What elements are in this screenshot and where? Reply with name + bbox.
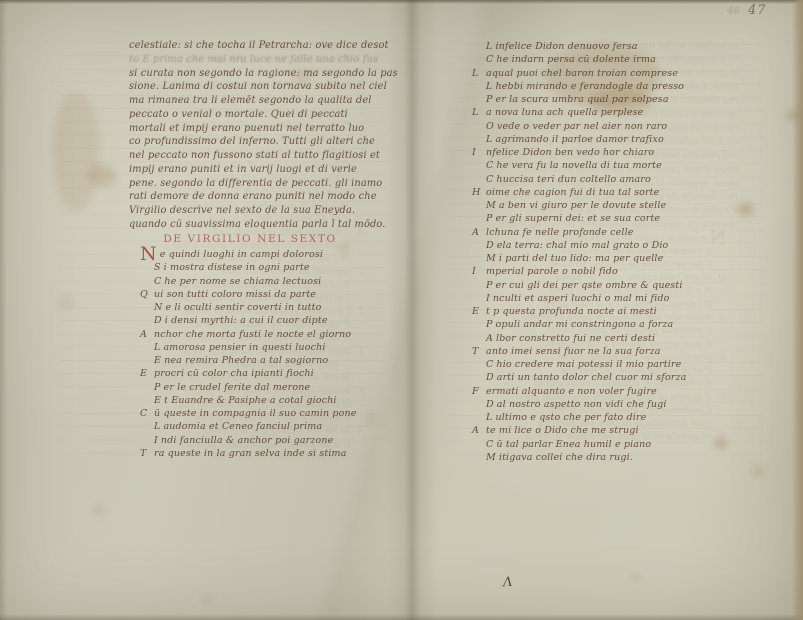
verse-text: ela terra: chal mio mal grato o Dio: [497, 240, 669, 253]
verse-text: itigava collei che dira rugi.: [499, 452, 633, 465]
verse-line: Ma ben vi giuro per le dovute stelle: [486, 200, 686, 213]
verse-text: ū tal parlar Enea humil e piano: [496, 439, 651, 452]
verse-line: Chuccisa teri dun coltello amaro: [486, 174, 686, 187]
line-initial: N: [154, 302, 162, 315]
verse-text: e li oculti sentir coverti in tutto: [165, 302, 321, 315]
verse-line: Mi parti del tuo lido: ma per quelle: [486, 253, 686, 266]
verse-line: La nova luna ach quella perplese: [472, 107, 686, 120]
line-initial: L: [486, 81, 492, 94]
verse-text: mperial parole o nobil fido: [486, 266, 618, 279]
prose-line: celestiale: si che tocha il Petrarcha: o…: [129, 39, 375, 53]
line-initial: C: [486, 160, 493, 173]
line-initial: T: [715, 431, 726, 444]
verse-text: he vera fu la novella di tua morte: [496, 160, 662, 173]
verse-text: i parti del tuo lido: ma per quelle: [499, 253, 663, 266]
verse-line: E procri cū color cha ipianti fiochi: [140, 368, 357, 381]
prose-line: quando cū suavissima eloquentia parla ī …: [129, 218, 375, 232]
line-initial: Q: [715, 272, 726, 285]
stain: [738, 203, 753, 216]
line-initial: M: [486, 452, 496, 465]
verse-line: Indi fanciulla & anchor poi garzone: [154, 435, 357, 448]
line-initial: M: [486, 200, 496, 213]
verse-line: Cū tal parlar Enea humil e piano: [486, 439, 686, 452]
line-initial: C: [140, 408, 151, 421]
stain: [58, 296, 73, 309]
verse-text: nculti et asperi luochi o mal mi fido: [493, 293, 670, 306]
versal-initial: N: [140, 248, 157, 262]
verse-line: Per la scura umbra qual par solpesa: [486, 94, 686, 107]
verse-text: audomia et Ceneo fanciul prima: [163, 421, 322, 434]
verse-text: lbor constretto fui ne certi desti: [496, 333, 655, 346]
verse-text: he per nome se chiama lectuosi: [164, 276, 321, 289]
verse-text: e quindi luoghi in campi dolorosi: [160, 249, 323, 262]
page-edge-left: [0, 0, 7, 620]
verse-line: Si mostra distese in ogni parte: [154, 262, 357, 275]
line-initial: D: [486, 399, 494, 412]
line-initial: S: [705, 246, 712, 259]
line-initial: D: [704, 299, 712, 312]
verse-line: Tra queste in la gran selva inde si stim…: [140, 448, 357, 461]
line-initial: F: [472, 386, 483, 399]
verse-line: Fermati alquanto e non voler fugire: [472, 386, 686, 399]
verse-line: Lultimo e qsto che per fato dire: [486, 412, 686, 425]
line-initial: E: [705, 339, 712, 352]
verse-text: agrimando il parloe damor trafixo: [495, 134, 663, 147]
verse-line: Enea remira Phedra a tal sogiorno: [154, 355, 357, 368]
line-initial: D: [154, 315, 162, 328]
verse-line: Et p questa profunda nocte ai mesti: [472, 306, 686, 319]
line-initial: C: [154, 276, 161, 289]
stain: [714, 438, 727, 449]
verse-text: er cui gli dei per qste ombre & questi: [496, 280, 683, 293]
line-initial: E: [705, 378, 712, 391]
verse-text: ndi fanciulla & anchor poi garzone: [161, 435, 333, 448]
verse-line: Che indarn persa cū dolente irma: [486, 54, 686, 67]
line-initial: Q: [140, 289, 151, 302]
line-initial: P: [706, 365, 712, 378]
line-initial: C: [715, 392, 726, 405]
line-initial: P: [486, 319, 493, 332]
verse-text: vede o veder par nel aier non raro: [497, 121, 667, 134]
line-initial: P: [154, 382, 161, 395]
verse-text: er le crudel ferite dal merone: [164, 382, 311, 395]
line-initial: L: [154, 421, 160, 434]
line-initial: L: [706, 405, 712, 418]
verse-line: Inculti et asperi luochi o mal mi fido: [486, 293, 686, 306]
line-initial: C: [486, 359, 493, 372]
verse-line: Qui son tutti coloro missi da parte: [140, 289, 357, 302]
stain: [631, 574, 640, 581]
verse-text: a nova luna ach quella perplese: [486, 107, 643, 120]
line-initial: E: [154, 395, 161, 408]
verse-text: ermati alquanto e non voler fugire: [486, 386, 657, 399]
prose-line: impij erano puniti et in varij luogi et …: [129, 163, 375, 177]
verse-text: er la scura umbra qual par solpesa: [496, 94, 669, 107]
verse-text: hio credere mai potessi il mio partire: [496, 359, 681, 372]
line-initial: H: [472, 187, 483, 200]
verse-line: Chio credere mai potessi il mio partire: [486, 359, 686, 372]
prose-line: co profundissimo del inferno. Tutti gli …: [129, 135, 375, 149]
line-initial: L: [706, 325, 712, 338]
verse-line: Cū queste in compagnia il suo camin pone: [140, 408, 357, 421]
line-initial: C: [705, 259, 712, 272]
verse-text: ū queste in compagnia il suo camin pone: [154, 408, 357, 421]
manuscript-spread: Linfelice Didon denuovo fersaChe indarn …: [0, 0, 803, 620]
line-initial: E: [140, 368, 151, 381]
line-initial: M: [486, 253, 496, 266]
line-initial: A: [140, 329, 151, 342]
verse-block-right: Linfelice Didon denuovo fersaChe indarn …: [460, 41, 686, 465]
versal-initial: N: [709, 232, 726, 246]
line-initial: T: [140, 448, 151, 461]
page-edge-bottom: [0, 614, 803, 620]
verse-line: Tanto imei sensi fuor ne la sua forza: [472, 346, 686, 359]
verse-text: hebbi mirando e ferandogle da presso: [495, 81, 684, 94]
prose-block: celestiale: si che tocha il Petrarcha: o…: [129, 39, 375, 232]
line-initial: A: [472, 425, 483, 438]
prose-line: pene. segondo la differentia de peccati.…: [129, 177, 375, 191]
verse-line: Per cui gli dei per qste ombre & questi: [486, 280, 686, 293]
line-initial: L: [472, 107, 483, 120]
faded-folio-mark: 46: [727, 6, 740, 17]
verse-line: Infelice Didon ben vedo hor chiaro: [472, 147, 686, 160]
verse-line: Che vera fu la novella di tua morte: [486, 160, 686, 173]
verse-text: t p questa profunda nocte ai mesti: [486, 306, 657, 319]
verse-line: Hoime che cagion fui di tua tal sorte: [472, 187, 686, 200]
prose-line: sione. Lanima di costui non tornava subi…: [129, 80, 375, 94]
line-initial: E: [154, 355, 161, 368]
verse-line: Che per nome se chiama lectuosi: [154, 276, 357, 289]
line-initial: C: [486, 439, 493, 452]
verse-block-left: Ne quindi luoghi in campi dolorosiSi mos…: [128, 249, 357, 461]
verse-text: ui son tutti coloro missi da parte: [154, 289, 316, 302]
binding-gutter: [386, 0, 438, 620]
prose-line: to E prima che mai nra luce ne falle una…: [129, 53, 375, 67]
prose-line: si curata non segondo la ragione: ma seg…: [129, 67, 375, 81]
verse-text: nfelice Didon ben vedo hor chiaro: [486, 147, 654, 160]
quire-mark: Λ: [502, 575, 512, 591]
verse-line: O vede o veder par nel aier non raro: [486, 121, 686, 134]
prose-line: peccato o venial o mortale. Quei di pecc…: [129, 108, 375, 122]
line-initial: L: [154, 342, 160, 355]
stain: [88, 165, 116, 187]
line-initial: I: [486, 293, 490, 306]
line-initial: S: [154, 262, 161, 275]
verse-text: te mi lice o Dido che me strugi: [486, 425, 639, 438]
line-initial: I: [154, 435, 158, 448]
page-edge-top: [0, 0, 803, 4]
prose-line: nel peccato non fussono stati al tutto f…: [129, 149, 375, 163]
page-edge-right: [792, 0, 803, 620]
verse-line: Lhebbi mirando e ferandogle da presso: [486, 81, 686, 94]
prose-line: Virgilio descrive nel sexto de la sua En…: [129, 204, 375, 218]
verse-text: infelice Didon denuovo fersa: [495, 41, 637, 54]
line-initial: D: [486, 240, 494, 253]
line-initial: N: [704, 286, 712, 299]
verse-line: Lamorosa pensier in questi luochi: [154, 342, 357, 355]
line-initial: C: [486, 174, 493, 187]
line-initial: P: [486, 280, 493, 293]
verse-text: i mostra distese in ogni parte: [164, 262, 310, 275]
verse-text: a ben vi giuro per le dovute stelle: [499, 200, 666, 213]
verse-line: Mitigava collei che dira rugi.: [486, 452, 686, 465]
prose-line: mortali et impij erano puenuti nel terra…: [129, 122, 375, 136]
verse-line: Dal nostro aspetto non vidi che fugi: [486, 399, 686, 412]
verse-text: opuli andar mi constringono a forza: [496, 319, 674, 332]
line-initial: O: [486, 121, 494, 134]
verse-line: Per gli superni dei: et se sua corte: [486, 213, 686, 226]
line-initial: L: [486, 41, 492, 54]
verse-line: A te mi lice o Dido che me strugi: [472, 425, 686, 438]
verse-text: huccisa teri dun coltello amaro: [496, 174, 650, 187]
line-initial: P: [486, 94, 493, 107]
line-initial: I: [472, 266, 483, 279]
line-initial: A: [486, 333, 493, 346]
verse-text: i densi myrthi: a cui il cuor dipte: [165, 315, 328, 328]
verse-text: ultimo e qsto che per fato dire: [495, 412, 646, 425]
stain: [202, 596, 213, 603]
line-initial: T: [472, 346, 483, 359]
prose-line: rati demore de donna erano puniti nel mo…: [129, 190, 375, 204]
verse-line: Ne quindi luoghi in campi dolorosi: [140, 249, 357, 262]
line-initial: A: [715, 312, 726, 325]
verse-text: oime che cagion fui di tua tal sorte: [486, 187, 659, 200]
verse-line: Laudomia et Ceneo fanciul prima: [154, 421, 357, 434]
verse-text: lchuna fe nelle profonde celle: [486, 227, 634, 240]
line-initial: I: [472, 147, 483, 160]
line-initial: A: [472, 227, 483, 240]
stain: [366, 416, 375, 424]
line-initial: L: [486, 134, 492, 147]
line-initial: E: [715, 352, 726, 365]
verse-text: nchor che morta fusti le nocte el giorno: [154, 329, 351, 342]
verse-line: Di densi myrthi: a cui il cuor dipte: [154, 315, 357, 328]
folio-number: 47: [748, 3, 767, 18]
verse-line: Ne li oculti sentir coverti in tutto: [154, 302, 357, 315]
verse-line: Linfelice Didon denuovo fersa: [486, 41, 686, 54]
verse-text: amorosa pensier in questi luochi: [163, 342, 325, 355]
verse-line: Albor constretto fui ne certi desti: [486, 333, 686, 346]
line-initial: P: [486, 213, 493, 226]
verse-text: aqual puoi chel baron troian comprese: [486, 68, 678, 81]
stain: [753, 466, 763, 475]
verse-text: t Euandre & Pasiphe a cotal giochi: [164, 395, 336, 408]
verse-line: Lagrimando il parloe damor trafixo: [486, 134, 686, 147]
line-initial: E: [472, 306, 483, 319]
prose-line: ma rimanea tra li elemēt segondo la qual…: [129, 94, 375, 108]
stain: [94, 506, 103, 515]
verse-line: Alchuna fe nelle profonde celle: [472, 227, 686, 240]
verse-line: Dela terra: chal mio mal grato o Dio: [486, 240, 686, 253]
verse-text: er gli superni dei: et se sua corte: [496, 213, 661, 226]
line-initial: L: [472, 68, 483, 81]
verse-line: Per le crudel ferite dal merone: [154, 382, 357, 395]
verse-line: Imperial parole o nobil fido: [472, 266, 686, 279]
verse-text: nea remira Phedra a tal sogiorno: [164, 355, 328, 368]
verse-text: ra queste in la gran selva inde si stima: [154, 448, 347, 461]
verse-text: al nostro aspetto non vidi che fugi: [497, 399, 667, 412]
verse-line: Populi andar mi constringono a forza: [486, 319, 686, 332]
stain: [52, 92, 100, 212]
verse-text: he indarn persa cū dolente irma: [496, 54, 656, 67]
line-initial: D: [486, 372, 494, 385]
verse-text: procri cū color cha ipianti fiochi: [154, 368, 314, 381]
verse-line: Laqual puoi chel baron troian comprese: [472, 68, 686, 81]
verse-line: Et Euandre & Pasiphe a cotal giochi: [154, 395, 357, 408]
chapter-heading: DE VIRGILIO NEL SEXTO: [128, 233, 372, 245]
verse-line: Darti un tanto dolor chel cuor mi sforza: [486, 372, 686, 385]
verse-text: anto imei sensi fuor ne la sua forza: [486, 346, 661, 359]
line-initial: C: [486, 54, 493, 67]
verse-text: arti un tanto dolor chel cuor mi sforza: [497, 372, 687, 385]
line-initial: L: [486, 412, 492, 425]
line-initial: I: [708, 418, 712, 431]
verse-line: Anchor che morta fusti le nocte el giorn…: [140, 329, 357, 342]
